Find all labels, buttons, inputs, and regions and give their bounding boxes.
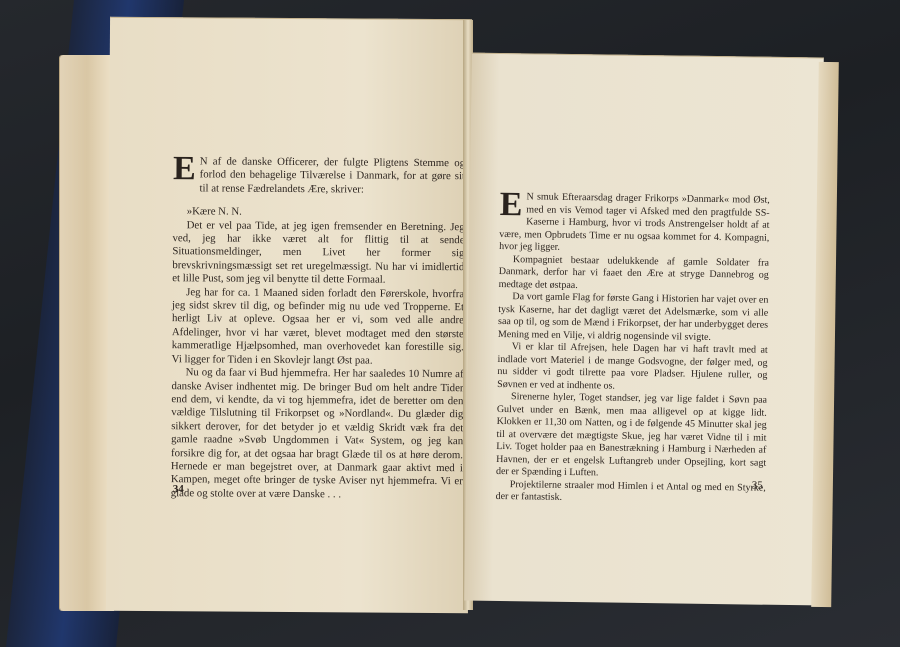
paragraph: Det er vel paa Tide, at jeg igen fremsen… bbox=[172, 219, 464, 288]
left-page: EN af de danske Officerer, der fulgte Pl… bbox=[106, 17, 472, 614]
paragraph: Projektilerne straaler mod Himlen i et A… bbox=[496, 478, 766, 507]
right-page-text: EN smuk Efteraarsdag drager Frikorps »Da… bbox=[496, 191, 770, 507]
drop-cap: E bbox=[173, 156, 196, 182]
left-intro-paragraph: EN af de danske Officerer, der fulgte Pl… bbox=[173, 155, 465, 197]
page-number-right: 35 bbox=[752, 480, 763, 492]
paragraph: Jeg har for ca. 1 Maaned siden forladt d… bbox=[172, 286, 465, 368]
right-intro-paragraph: EN smuk Efteraarsdag drager Frikorps »Da… bbox=[499, 191, 770, 257]
paragraph: Nu og da faar vi Bud hjemmefra. Her har … bbox=[171, 366, 464, 502]
left-page-text: EN af de danske Officerer, der fulgte Pl… bbox=[171, 155, 465, 502]
drop-cap: E bbox=[500, 192, 523, 218]
intro-text: N smuk Efteraarsdag drager Frikorps »Dan… bbox=[499, 191, 770, 252]
intro-text: N af de danske Officerer, der fulgte Pli… bbox=[200, 155, 466, 195]
paragraph: Sirenerne hyler, Toget standser, jeg var… bbox=[496, 391, 767, 482]
page-number-left: 34 bbox=[173, 483, 184, 495]
paragraph: Kompagniet bestaar udelukkende af gamle … bbox=[499, 253, 769, 294]
right-page: EN smuk Efteraarsdag drager Frikorps »Da… bbox=[464, 53, 824, 606]
paragraph: Da vort gamle Flag for første Gang i His… bbox=[498, 291, 769, 345]
paragraph: Vi er klar til Afrejsen, hele Dagen har … bbox=[497, 341, 768, 395]
open-book: EN af de danske Officerer, der fulgte Pl… bbox=[0, 0, 900, 647]
